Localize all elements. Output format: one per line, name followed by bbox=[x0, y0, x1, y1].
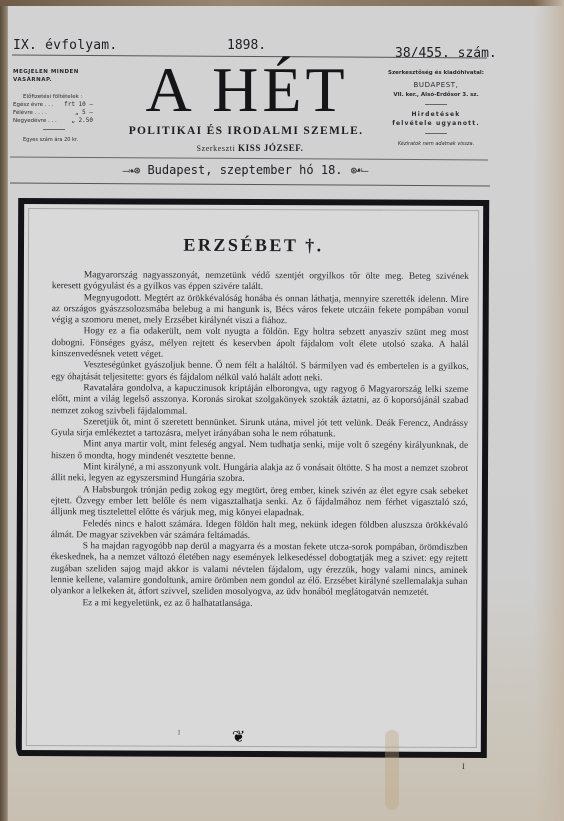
divider bbox=[425, 104, 447, 105]
subscription-heading: Előfizetési föltételek : bbox=[13, 93, 99, 101]
editor-name: KISS JÓZSEF. bbox=[238, 143, 303, 153]
page-right-edge bbox=[534, 0, 564, 821]
ornament-left-icon: —❧⊛ bbox=[123, 164, 140, 177]
ads-heading: Hirdetések bbox=[380, 111, 492, 118]
article-paragraph: Ez a mi kegyeletünk, ez az ő halhatatlan… bbox=[50, 598, 467, 611]
paper-stain bbox=[385, 730, 399, 810]
article-body: Magyarország nagyasszonyát, nemzetünk vé… bbox=[50, 270, 468, 611]
article-paragraph: Megnyugodott. Megtért az örökkévalóság h… bbox=[52, 293, 469, 329]
ornament-right-icon: ⊛☙— bbox=[351, 164, 368, 177]
divider bbox=[43, 129, 65, 130]
price-value: frt 10 — bbox=[64, 101, 93, 109]
office-label: Szerkesztőség és kiadóhivatal: bbox=[380, 70, 492, 76]
mourning-border: ERZSÉBET †. Magyarország nagyasszonyát, … bbox=[16, 198, 489, 758]
article-paragraph: Hogy ez a fia odakerült, nem volt nyugta… bbox=[52, 327, 469, 363]
office-info: Szerkesztőség és kiadóhivatal: BUDAPEST,… bbox=[380, 70, 492, 147]
price-label: Félévre . . . . bbox=[13, 109, 47, 117]
manuscript-note: Kéziratok nem adatnak vissza. bbox=[380, 141, 492, 147]
newspaper-title: A HÉT bbox=[140, 58, 354, 122]
article-paragraph: Magyarország nagyasszonyát, nemzetünk vé… bbox=[52, 270, 469, 294]
page-top-edge bbox=[0, 0, 564, 6]
year-label: 1898. bbox=[227, 38, 266, 53]
article-paragraph: S ha majdan ragyogóbb nap derül a magyar… bbox=[50, 541, 467, 599]
editor-label: Szerkeszti bbox=[197, 144, 236, 153]
price-row: Negyedévre . . . „ 2.50 bbox=[13, 117, 99, 125]
single-issue-price: Egyes szám ára 20 kr. bbox=[13, 136, 99, 144]
divider bbox=[425, 133, 447, 134]
page-number: I bbox=[462, 762, 465, 771]
price-label: Egész évre . . . bbox=[13, 101, 54, 109]
ads-note: felvétele ugyanott. bbox=[380, 120, 492, 127]
article-paragraph: Veszteségünket gyászoljuk benne. Ő nem f… bbox=[51, 360, 468, 384]
editor-line: Szerkeszti KISS JÓZSEF. bbox=[160, 143, 340, 153]
price-row: Félévre . . . . „ 5 — bbox=[13, 109, 99, 117]
article-paragraph: Szeretjük őt, mint ő szeretett bennünket… bbox=[51, 417, 468, 441]
office-city: BUDAPEST, bbox=[380, 81, 492, 89]
price-value: „ 2.50 bbox=[71, 117, 93, 125]
article-paragraph: A Habsburgok trónján pedig zokog egy meg… bbox=[51, 485, 468, 521]
dateline-text: Budapest, szeptember hó 18. bbox=[147, 163, 342, 177]
office-address: VII. ker., Alsó-Erdősor 3. sz. bbox=[380, 92, 492, 98]
signature-mark: I bbox=[178, 730, 180, 737]
price-label: Negyedévre . . . bbox=[13, 117, 57, 125]
price-row: Egész évre . . . frt 10 — bbox=[13, 101, 99, 109]
article-paragraph: Mint királyné, a mi asszonyunk volt. Hun… bbox=[51, 462, 468, 486]
issue-number: 38/455. szám. bbox=[395, 46, 497, 61]
publication-frequency: MEGJELEN MINDEN VASÁRNAP. bbox=[13, 68, 99, 84]
newspaper-subtitle: POLITIKAI ÉS IRODALMI SZEMLE. bbox=[106, 125, 386, 137]
article-paragraph: Ravatalára gondolva, a kapuczinusok krip… bbox=[51, 383, 468, 419]
subscription-info: MEGJELEN MINDEN VASÁRNAP. Előfizetési fö… bbox=[13, 68, 99, 144]
volume-label: IX. évfolyam. bbox=[13, 38, 117, 53]
article-paragraph: Mint anya martir volt, mint feleség angy… bbox=[51, 440, 468, 464]
article-paragraph: Feledés nincs e halott számára. Idegen f… bbox=[51, 519, 468, 543]
dateline: —❧⊛ Budapest, szeptember hó 18. ⊛☙— bbox=[100, 163, 390, 177]
price-value: „ 5 — bbox=[75, 109, 93, 117]
fleuron-icon: ❦ bbox=[232, 727, 245, 746]
article-title: ERZSÉBET †. bbox=[24, 234, 483, 257]
